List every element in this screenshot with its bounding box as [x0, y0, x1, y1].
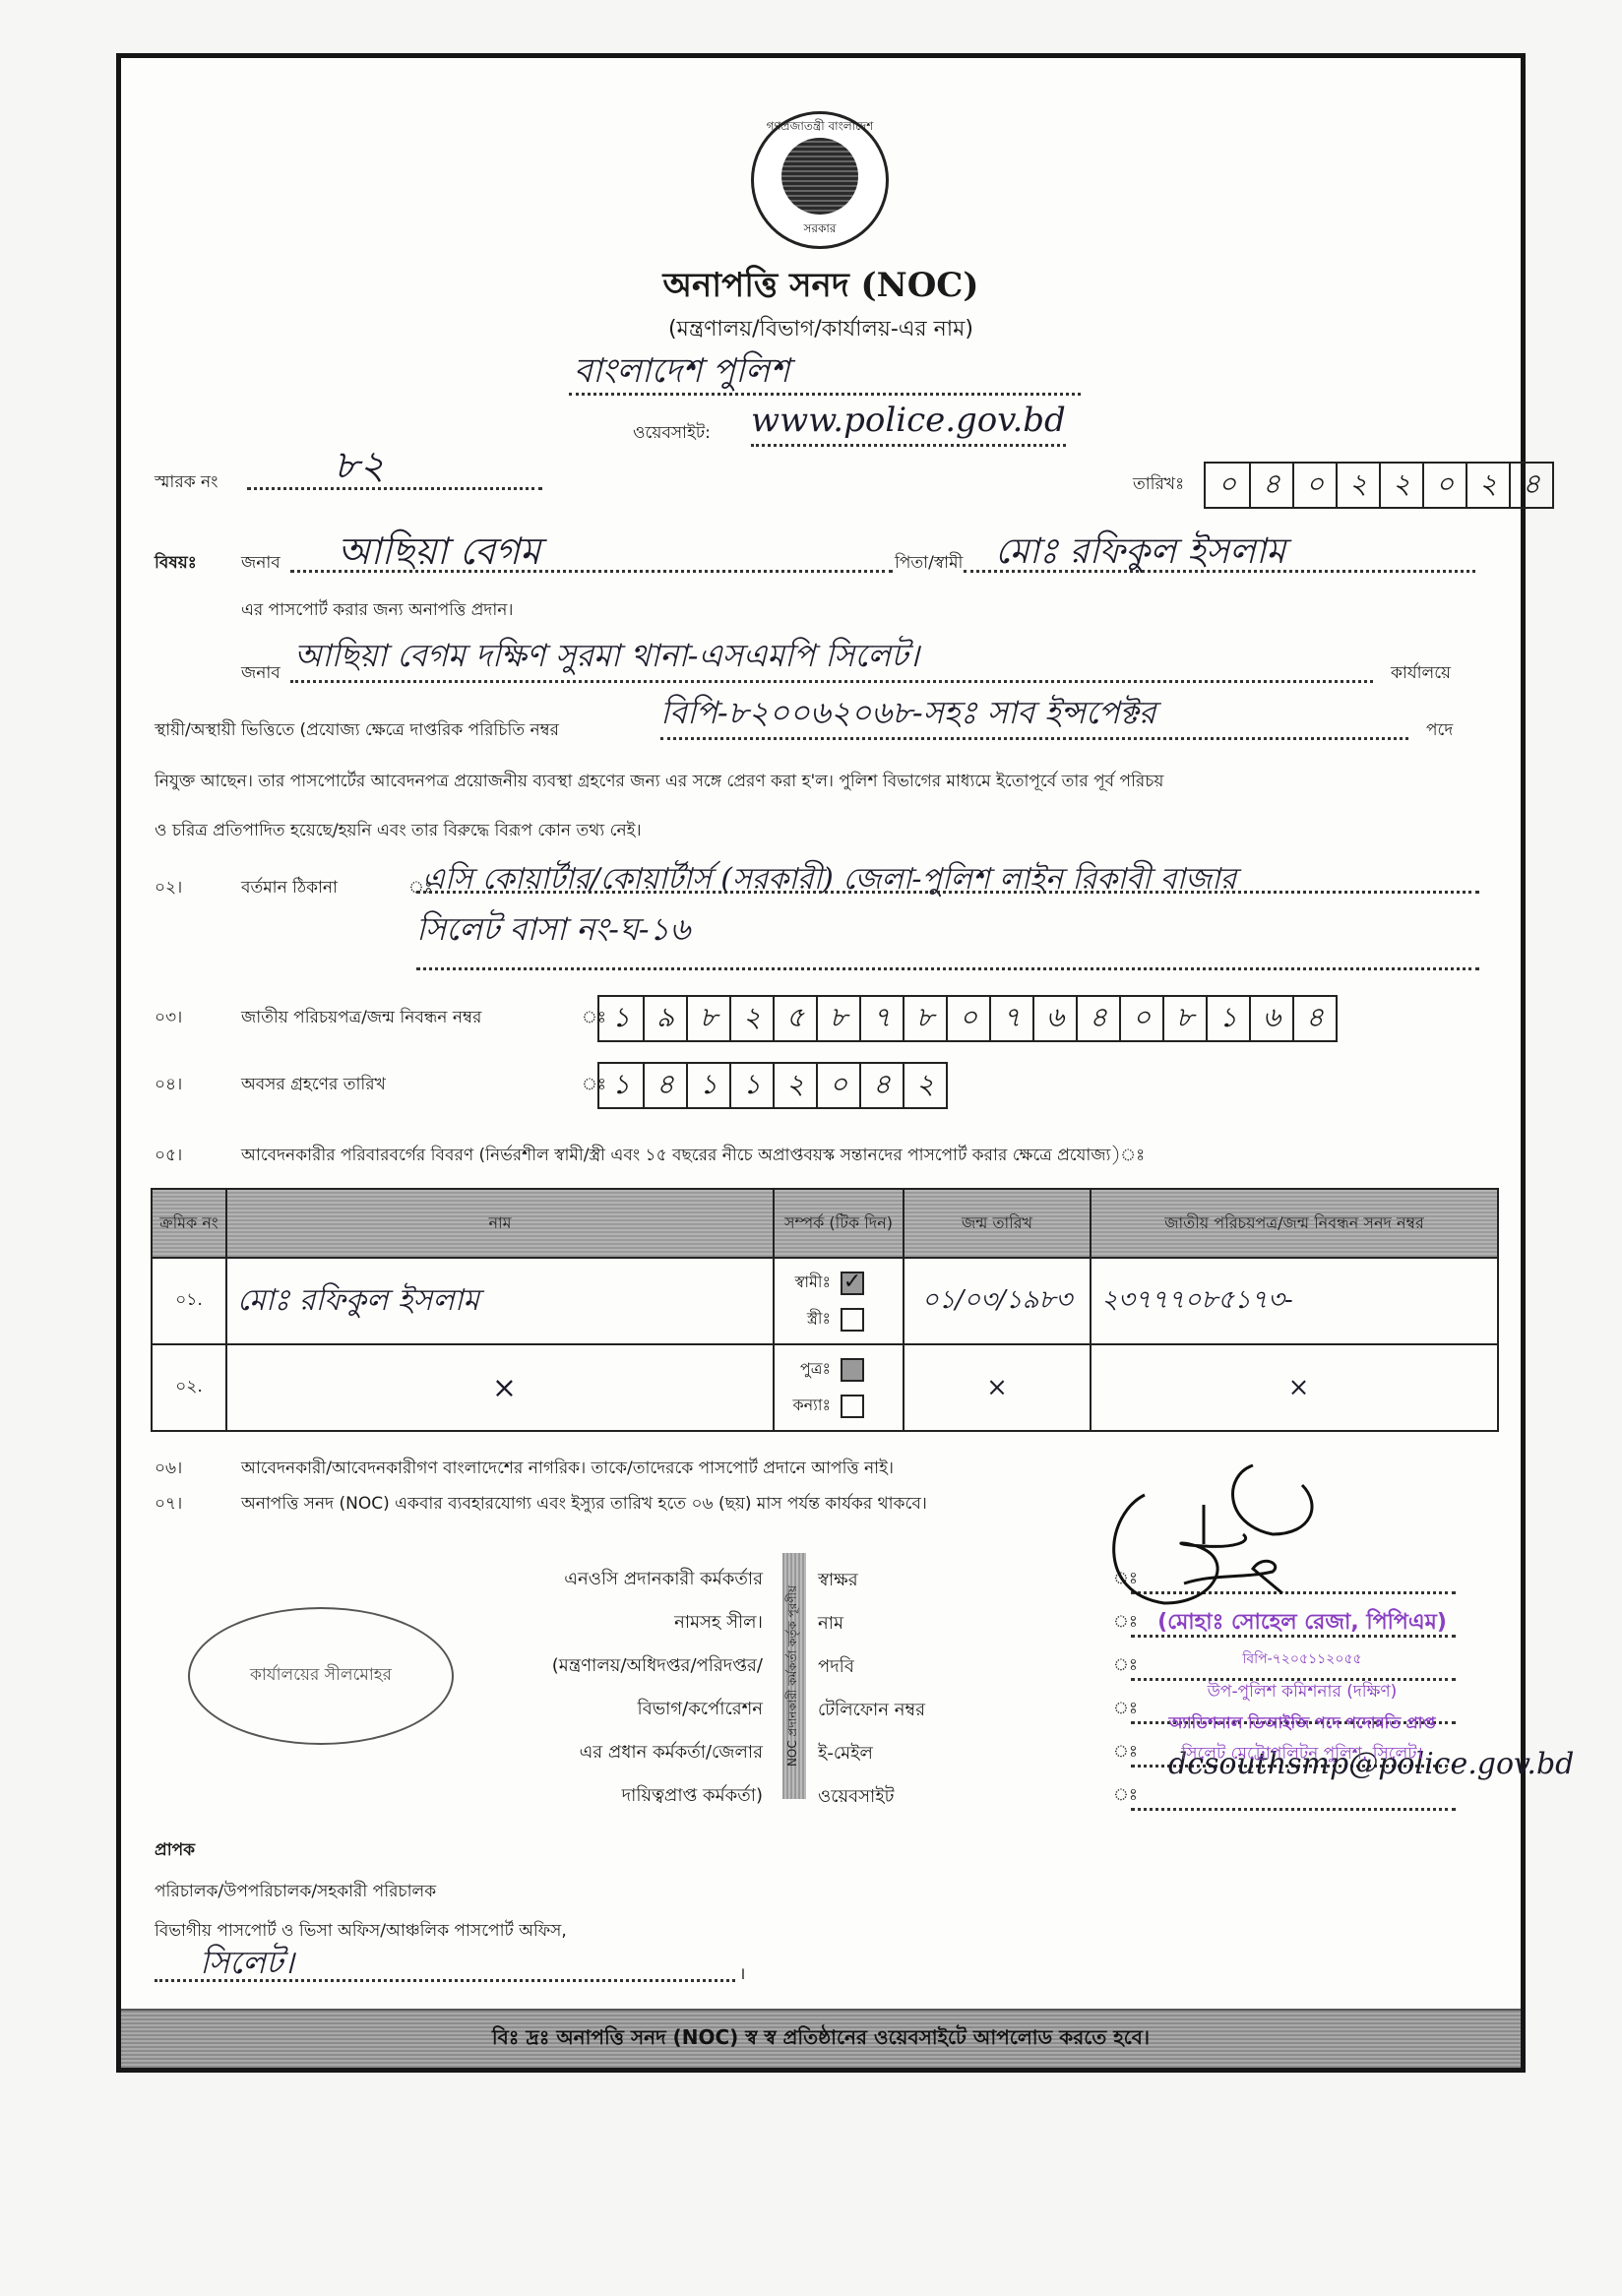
row-name[interactable]: মোঃ রফিকুল ইসলাম — [226, 1258, 774, 1344]
current-address-line2[interactable]: সিলেট বাসা নং-ঘ-১৬ — [416, 904, 690, 958]
seal-bottom-text: সরকার — [754, 220, 886, 240]
nid-digit[interactable]: ৫ — [773, 997, 816, 1040]
memo-underline — [247, 487, 542, 490]
father-husband-underline — [964, 570, 1475, 573]
retirement-date-digit[interactable]: ২ — [903, 1064, 946, 1107]
subject-janab-label: জনাব — [241, 550, 281, 578]
office-suffix: কার্যালয়ে — [1391, 660, 1451, 688]
nid-digit[interactable]: ৪ — [1076, 997, 1119, 1040]
officer-stamp: (মোহাঃ সোহেল রেজা, পিপিএম) বিপি-৭২০৫১১২০… — [1105, 1605, 1499, 1769]
recipient-underline — [155, 1979, 735, 1982]
retirement-date-digit[interactable]: ১ — [599, 1064, 643, 1107]
row-serial[interactable]: ০১. — [152, 1258, 226, 1344]
stamp-additional: অ্যাডিশনাল ডিআইজি পদে পদোন্নতি প্রাপ্ত — [1105, 1710, 1499, 1737]
family-table-header: ক্রমিক নং নাম সম্পর্ক (টিক দিন) জন্ম তার… — [152, 1189, 1498, 1258]
item05-label: আবেদনকারীর পরিবারবর্গের বিবরণ (নির্ভরশীল… — [241, 1143, 1145, 1170]
footer-note-bar: বিঃ দ্রঃ অনাপত্তি সনদ (NOC) স্ব স্ব প্রত… — [121, 2009, 1521, 2068]
item07-text: অনাপত্তি সনদ (NOC) একবার ব্যবহারযোগ্য এব… — [241, 1491, 927, 1519]
date-digit[interactable]: ৪ — [1249, 464, 1292, 507]
item04-label: অবসর গ্রহণের তারিখ — [241, 1072, 386, 1099]
signatory-field-label: ওয়েবসাইট — [818, 1782, 894, 1813]
date-label: তারিখঃ — [1133, 471, 1184, 499]
row-serial[interactable]: ০২. — [152, 1344, 226, 1431]
body-line4: ও চরিত্র প্রতিপাদিত হয়েছে/হয়নি এবং তার… — [155, 818, 642, 845]
relation-checkbox[interactable] — [841, 1395, 864, 1418]
item03-num: ০৩। — [155, 1005, 182, 1032]
header-serial: ক্রমিক নং — [152, 1189, 226, 1258]
website-underline — [751, 444, 1066, 447]
item04-num: ০৪। — [155, 1072, 182, 1099]
item02-label: বর্তমান ঠিকানা — [241, 875, 338, 902]
date-digit[interactable]: ৪ — [1509, 464, 1552, 507]
office-underline — [290, 680, 1373, 683]
relation-label: পুত্রঃ — [787, 1356, 831, 1383]
relation-checkbox[interactable]: ✓ — [841, 1272, 864, 1295]
nid-digit[interactable]: ২ — [729, 997, 773, 1040]
header-dob: জন্ম তারিখ — [904, 1189, 1091, 1258]
item06-text: আবেদনকারী/আবেদনকারীগণ বাংলাদেশের নাগরিক।… — [241, 1456, 894, 1483]
signatory-desc-line: দায়িত্বপ্রাপ্ত কর্মকর্তা) — [552, 1774, 763, 1818]
retirement-date-digit[interactable]: ৪ — [859, 1064, 903, 1107]
signatory-field-underline — [1131, 1808, 1456, 1811]
item06-num: ০৬। — [155, 1456, 182, 1483]
signatory-desc-line: বিভাগ/কর্পোরেশন — [552, 1688, 763, 1731]
signatory-field-label: স্বাক্ষর — [818, 1566, 858, 1596]
item07-num: ০৭। — [155, 1491, 182, 1519]
nid-digit[interactable]: ০ — [946, 997, 989, 1040]
stamp-unit: সিলেট মেট্রোপলিটন পুলিশ, সিলেট। — [1105, 1741, 1499, 1769]
side-strip-text: NOC প্রদানকারী কর্মকর্তা কর্তৃক পূরণীয় — [784, 1585, 804, 1767]
signatory-field-label: নাম — [818, 1609, 843, 1640]
permanency-label: স্থায়ী/অস্থায়ী ভিত্তিতে (প্রযোজ্য ক্ষে… — [155, 717, 559, 745]
recipient-line3-suffix: । — [739, 1961, 745, 1984]
permanency-underline — [660, 737, 1408, 740]
nid-digit[interactable]: ৮ — [903, 997, 946, 1040]
memo-label: স্মারক নং — [155, 469, 218, 497]
date-digit[interactable]: ০ — [1292, 464, 1336, 507]
permanency-value[interactable]: বিপি-৮২০০৬২০৬৮-সহঃ সাব ইন্সপেক্টর — [660, 688, 1156, 741]
relation-label: কন্যাঃ — [787, 1393, 831, 1419]
retirement-date-digit[interactable]: ৪ — [643, 1064, 686, 1107]
current-address-line1[interactable]: এসি কোয়ার্টার/কোয়ার্টার্স (সরকারী) জেল… — [422, 855, 1236, 905]
family-table-row: ০১.মোঃ রফিকুল ইসলামস্বামীঃ✓স্ত্রীঃ০১/০৩/… — [152, 1258, 1498, 1344]
seal-top-text: গণপ্রজাতন্ত্রী বাংলাদেশ — [754, 118, 886, 138]
signatory-field-label: পদবি — [818, 1652, 854, 1683]
row-nid[interactable]: × — [1091, 1344, 1498, 1431]
date-digit[interactable]: ২ — [1466, 464, 1509, 507]
nid-digit[interactable]: ৯ — [643, 997, 686, 1040]
nid-digit[interactable]: ৬ — [1249, 997, 1292, 1040]
signatory-description: এনওসি প্রদানকারী কর্মকর্তারনামসহ সীল।(মন… — [552, 1558, 763, 1818]
date-boxes[interactable]: ০৪০২২০২৪ — [1204, 462, 1554, 509]
nid-digit[interactable]: ০ — [1119, 997, 1162, 1040]
body-janab-label: জনাব — [241, 660, 281, 688]
stamp-id: বিপি-৭২০৫১১২০৫৫ — [1105, 1647, 1499, 1671]
nid-digit[interactable]: ৮ — [686, 997, 729, 1040]
applicant-name-underline — [290, 570, 893, 573]
header-name: নাম — [226, 1189, 774, 1258]
form-subtitle: (মন্ত্রণালয়/বিভাগ/কার্যালয়-এর নাম) — [121, 312, 1521, 348]
footer-note: বিঃ দ্রঃ অনাপত্তি সনদ (NOC) স্ব স্ব প্রত… — [492, 2023, 1150, 2056]
retirement-date-digit[interactable]: ১ — [686, 1064, 729, 1107]
bangladesh-map-emblem-icon — [781, 138, 858, 215]
row-name[interactable]: × — [226, 1344, 774, 1431]
signatory-field-colon: ঃ — [1113, 1782, 1138, 1810]
stamp-name: (মোহাঃ সোহেল রেজা, পিপিএম) — [1105, 1605, 1499, 1642]
office-value[interactable]: আছিয়া বেগম দক্ষিণ সুরমা থানা-এসএমপি সিল… — [294, 631, 919, 684]
nid-digit[interactable]: ৪ — [1292, 997, 1336, 1040]
relation-checkbox[interactable] — [841, 1308, 864, 1332]
recipient-city[interactable]: সিলেট। — [200, 1938, 294, 1991]
office-seal-label: কার্যালয়ের সীলমোহর — [250, 1662, 392, 1690]
noc-form-page: গণপ্রজাতন্ত্রী বাংলাদেশ সরকার অনাপত্তি স… — [116, 53, 1526, 2073]
signatory-desc-line: এর প্রধান কর্মকর্তা/জেলার — [552, 1731, 763, 1774]
date-digit[interactable]: ২ — [1336, 464, 1379, 507]
header-relation: সম্পর্ক (টিক দিন) — [774, 1189, 904, 1258]
signatory-desc-line: (মন্ত্রণালয়/অধিদপ্তর/পরিদপ্তর/ — [552, 1644, 763, 1688]
recipient-label: প্রাপক — [155, 1837, 195, 1865]
nid-digit[interactable]: ৮ — [816, 997, 859, 1040]
recipient-line1: পরিচালক/উপপরিচালক/সহকারী পরিচালক — [155, 1879, 436, 1906]
family-table: ক্রমিক নং নাম সম্পর্ক (টিক দিন) জন্ম তার… — [151, 1188, 1499, 1432]
nid-digit[interactable]: ৬ — [1032, 997, 1076, 1040]
father-husband-name[interactable]: মোঃ রফিকুল ইসলাম — [995, 525, 1285, 584]
address-underline-2 — [416, 967, 1479, 970]
row-dob[interactable]: × — [904, 1344, 1091, 1431]
website-value[interactable]: www.police.gov.bd — [751, 401, 1066, 440]
nid-digit[interactable]: ১ — [599, 997, 643, 1040]
date-digit[interactable]: ০ — [1422, 464, 1466, 507]
subject-label: বিষয়ঃ — [155, 550, 197, 578]
nid-boxes[interactable]: ১৯৮২৫৮৭৮০৭৬৪০৮১৬৪ — [597, 995, 1338, 1042]
applicant-name[interactable]: আছিয়া বেগম — [338, 523, 540, 586]
body-line3: নিযুক্ত আছেন। তার পাসপোর্টের আবেদনপত্র প… — [155, 769, 1163, 796]
retirement-date-digit[interactable]: ১ — [729, 1064, 773, 1107]
post-suffix: পদে — [1426, 717, 1453, 745]
nid-digit[interactable]: ৭ — [859, 997, 903, 1040]
signatory-field-row: ওয়েবসাইটঃdcsouthsmp@police.gov.bd — [818, 1774, 1487, 1818]
date-digit[interactable]: ২ — [1379, 464, 1422, 507]
nid-digit[interactable]: ১ — [1206, 997, 1249, 1040]
header-nid: জাতীয় পরিচয়পত্র/জন্ম নিবন্ধন সনদ নম্বর — [1091, 1189, 1498, 1258]
relation-checkbox[interactable] — [841, 1358, 864, 1382]
subject-suffix: এর পাসপোর্ট করার জন্য অনাপত্তি প্রদান। — [241, 597, 514, 625]
relation-label: স্ত্রীঃ — [787, 1306, 831, 1333]
item05-num: ০৫। — [155, 1143, 182, 1170]
office-seal-oval: কার্যালয়ের সীলমোহর — [188, 1607, 454, 1745]
date-digit[interactable]: ০ — [1206, 464, 1249, 507]
organization-name-underline — [569, 393, 1081, 396]
website-label: ওয়েবসাইট: — [633, 420, 711, 448]
item03-label: জাতীয় পরিচয়পত্র/জন্ম নিবন্ধন নম্বর — [241, 1005, 481, 1032]
row-relation: পুত্রঃকন্যাঃ — [774, 1344, 904, 1431]
signatory-field-label: ই-মেইল — [818, 1739, 873, 1769]
government-seal: গণপ্রজাতন্ত্রী বাংলাদেশ সরকার — [751, 111, 889, 249]
stamp-designation: উপ-পুলিশ কমিশনার (দক্ষিণ) — [1105, 1679, 1499, 1706]
signatory-desc-line: নামসহ সীল। — [552, 1601, 763, 1644]
relation-label: স্বামীঃ — [787, 1270, 831, 1296]
form-title: অনাপত্তি সনদ (NOC) — [121, 260, 1521, 316]
retirement-date-boxes[interactable]: ১৪১১২০৪২ — [597, 1062, 948, 1109]
row-nid[interactable]: ২৩৭৭৭০৮৫১৭৩- — [1091, 1258, 1498, 1344]
signatory-desc-line: এনওসি প্রদানকারী কর্মকর্তার — [552, 1558, 763, 1601]
retirement-date-digit[interactable]: ২ — [773, 1064, 816, 1107]
retirement-date-digit[interactable]: ০ — [816, 1064, 859, 1107]
family-table-row: ০২.×পুত্রঃকন্যাঃ×× — [152, 1344, 1498, 1431]
father-husband-label: পিতা/স্বামী — [895, 550, 963, 578]
row-relation: স্বামীঃ✓স্ত্রীঃ — [774, 1258, 904, 1344]
side-strip: NOC প্রদানকারী কর্মকর্তা কর্তৃক পূরণীয় — [782, 1553, 806, 1799]
row-dob[interactable]: ০১/০৩/১৯৮৩ — [904, 1258, 1091, 1344]
address-underline-1 — [416, 891, 1479, 894]
nid-digit[interactable]: ৭ — [989, 997, 1032, 1040]
item02-num: ০২। — [155, 875, 182, 902]
signatory-field-label: টেলিফোন নম্বর — [818, 1696, 925, 1726]
nid-digit[interactable]: ৮ — [1162, 997, 1206, 1040]
